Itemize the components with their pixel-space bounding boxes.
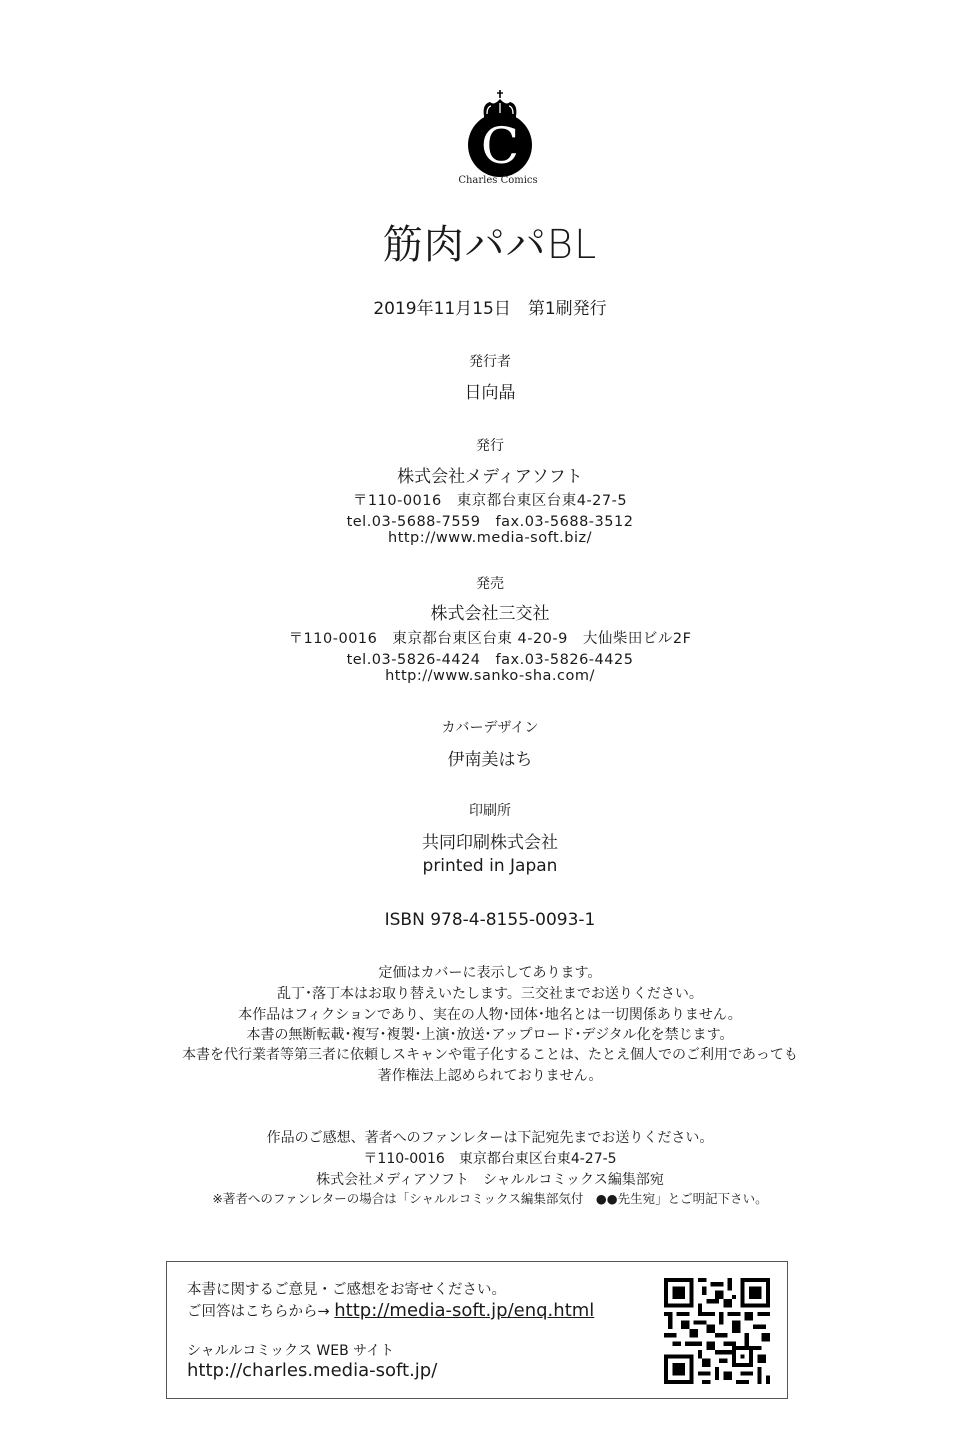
cover-design-label: カバーデザイン: [0, 717, 980, 737]
issuer-company: 株式会社メディアソフト: [0, 462, 980, 487]
fan-letter-line: 作品のご感想、著者へのファンレターは下記宛先までお送りください。: [0, 1127, 980, 1147]
brand-name: Charles Comics: [0, 175, 980, 186]
book-title: 筋肉パパBL: [0, 213, 980, 270]
svg-text:C: C: [481, 117, 519, 175]
publication-date: 2019年11月15日 第1刷発行: [0, 294, 980, 319]
feedback-prompt: 本書に関するご意見・ご感想をお寄せください。: [187, 1278, 506, 1299]
publisher-person-name: 日向晶: [0, 378, 980, 403]
web-site-label: シャルルコミックス WEB サイト: [187, 1340, 394, 1360]
distributor-company: 株式会社三交社: [0, 599, 980, 624]
web-site-url[interactable]: http://charles.media-soft.jp/: [187, 1360, 437, 1381]
notice-line: 本書の無断転載･複写･複製･上演･放送･アップロード･デジタル化を禁じます。: [0, 1024, 980, 1044]
issuer-phone-fax: tel.03-5688-7559 fax.03-5688-3512: [0, 510, 980, 531]
fan-letter-address: 〒110-0016 東京都台東区台東4-27-5: [0, 1148, 980, 1168]
distributor-url[interactable]: http://www.sanko-sha.com/: [0, 668, 980, 684]
issuer-label: 発行: [0, 435, 980, 455]
notice-line: 著作権法上認められておりません。: [0, 1065, 980, 1085]
feedback-link-line: ご回答はこちらから→ http://media-soft.jp/enq.html: [187, 1300, 594, 1321]
distributor-label: 発売: [0, 573, 980, 593]
notice-line: 乱丁･落丁本はお取り替えいたします。三交社までお送りください。: [0, 983, 980, 1003]
fan-letter-recipient: 株式会社メディアソフト シャルルコミックス編集部宛: [0, 1169, 980, 1189]
printer-label: 印刷所: [0, 800, 980, 820]
printed-in-japan: printed in Japan: [0, 856, 980, 876]
issuer-url[interactable]: http://www.media-soft.biz/: [0, 530, 980, 546]
cover-design-name: 伊南美はち: [0, 745, 980, 770]
isbn: ISBN 978-4-8155-0093-1: [0, 910, 980, 930]
notice-line: 本書を代行業者等第三者に依頼しスキャンや電子化することは、たとえ個人でのご利用で…: [0, 1044, 980, 1064]
feedback-link-prefix: ご回答はこちらから→: [187, 1304, 330, 1320]
survey-url-link[interactable]: http://media-soft.jp/enq.html: [334, 1300, 594, 1321]
issuer-address: 〒110-0016 東京都台東区台東4-27-5: [0, 489, 980, 510]
fan-letter-note: ※著者へのファンレターの場合は「シャルルコミックス編集部気付 ●●先生宛」とご明…: [0, 1189, 980, 1207]
distributor-phone-fax: tel.03-5826-4424 fax.03-5826-4425: [0, 648, 980, 669]
printer-name: 共同印刷株式会社: [0, 828, 980, 853]
distributor-address: 〒110-0016 東京都台東区台東 4-20-9 大仙柴田ビル2F: [0, 627, 980, 648]
publisher-person-label: 発行者: [0, 351, 980, 371]
qr-code-icon[interactable]: [664, 1278, 770, 1384]
notice-line: 定価はカバーに表示してあります。: [0, 962, 980, 982]
notice-line: 本作品はフィクションであり、実在の人物･団体･地名とは一切関係ありません。: [0, 1004, 980, 1024]
